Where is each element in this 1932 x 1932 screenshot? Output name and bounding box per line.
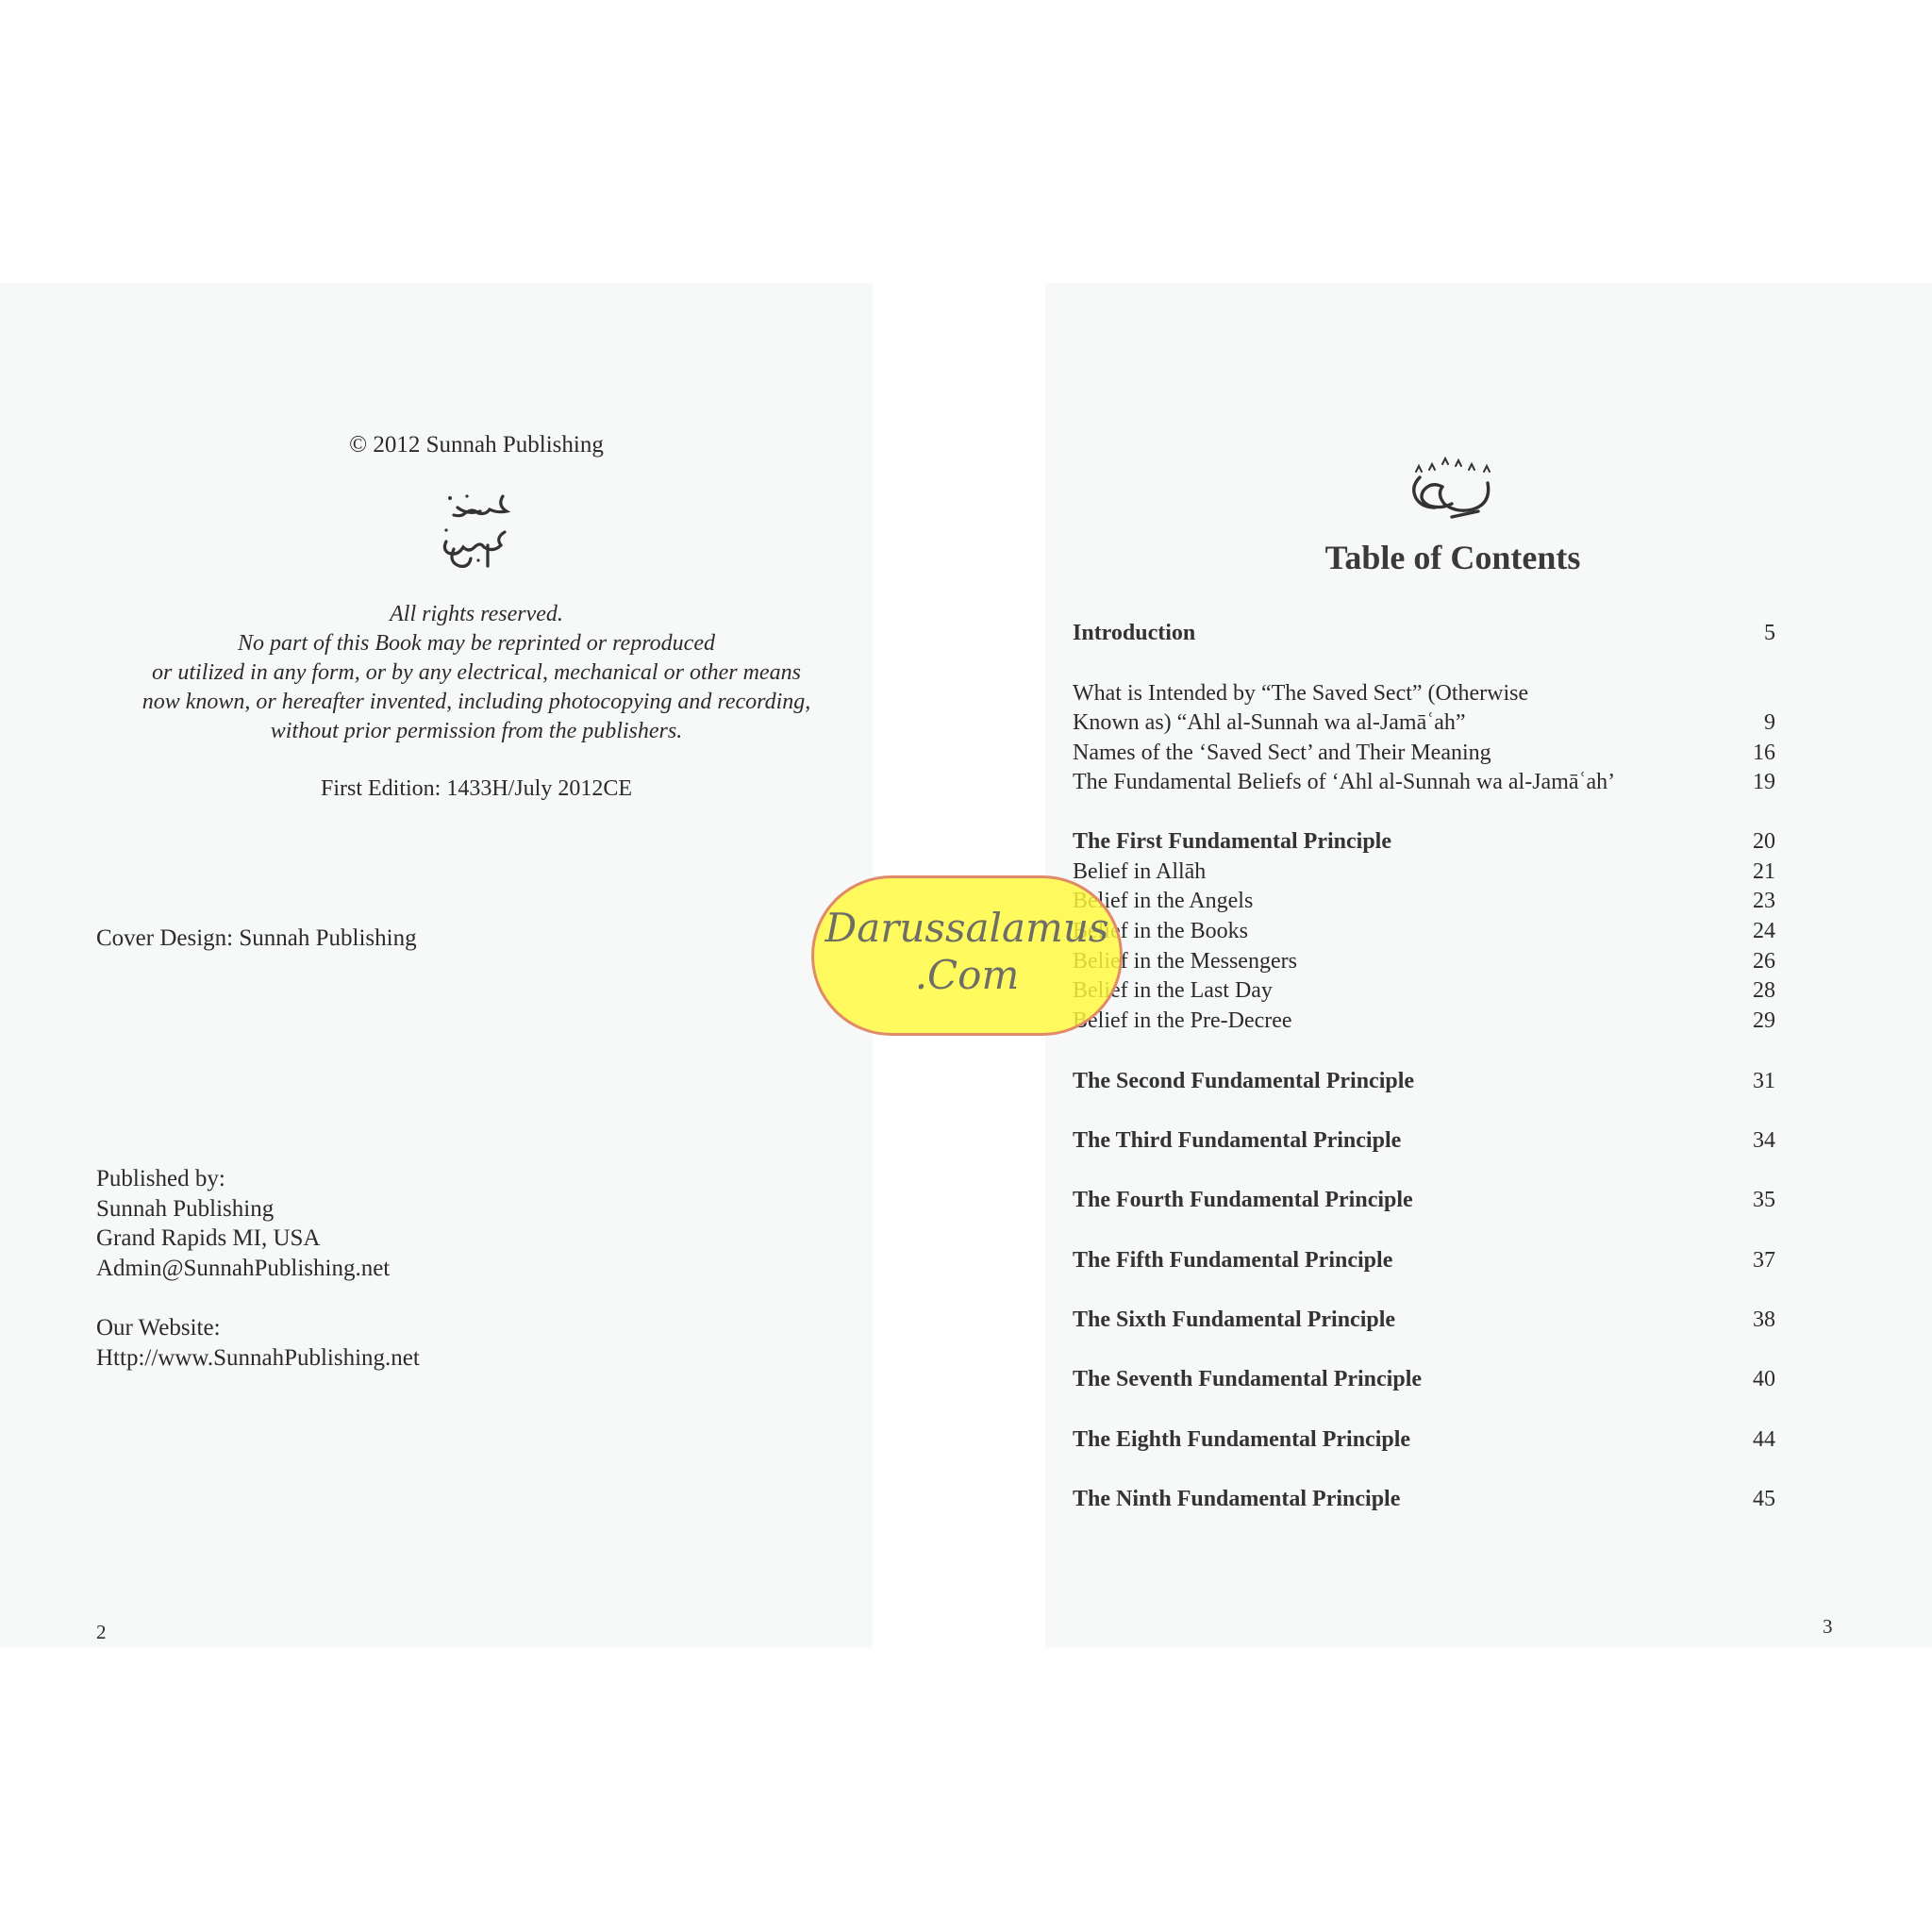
toc-row: What is Intended by “The Saved Sect” (Ot…	[1073, 681, 1775, 707]
rights-reserved-notice: All rights reserved. No part of this Boo…	[0, 600, 953, 746]
toc-entry-title: Known as) “Ahl al-Sunnah wa al-Jamāʿah”	[1073, 710, 1466, 736]
toc-heading-row: Introduction5	[1073, 621, 1775, 646]
toc-row: Names of the ‘Saved Sect’ and Their Mean…	[1073, 741, 1775, 766]
toc-entry-title: The First Fundamental Principle	[1073, 829, 1391, 855]
toc-entry-page: 28	[1753, 978, 1775, 1004]
toc-row: Belief in the Books24	[1073, 919, 1775, 944]
toc-entry-title: The Ninth Fundamental Principle	[1073, 1487, 1400, 1512]
toc-entry-page: 16	[1753, 741, 1775, 766]
toc-entry-page: 23	[1753, 889, 1775, 914]
copyright-line: © 2012 Sunnah Publishing	[0, 432, 953, 458]
toc-entry-page: 19	[1753, 770, 1775, 795]
toc-row: Belief in the Last Day28	[1073, 978, 1775, 1004]
toc-row: Belief in the Pre-Decree29	[1073, 1008, 1775, 1034]
rights-line: without prior permission from the publis…	[0, 717, 953, 746]
website-info: Our Website: Http://www.SunnahPublishing…	[96, 1313, 420, 1373]
watermark-line-2: .Com	[814, 954, 1120, 997]
toc-entry-title: Names of the ‘Saved Sect’ and Their Mean…	[1073, 741, 1491, 766]
toc-entry-page: 24	[1753, 919, 1775, 944]
toc-entry-title: The Fifth Fundamental Principle	[1073, 1248, 1392, 1274]
toc-row: Belief in the Messengers26	[1073, 949, 1775, 974]
toc-heading-row: The Third Fundamental Principle34	[1073, 1128, 1775, 1154]
toc-entry-page: 34	[1753, 1128, 1775, 1154]
publisher-email: Admin@SunnahPublishing.net	[96, 1254, 390, 1284]
toc-heading-row: The Second Fundamental Principle31	[1073, 1069, 1775, 1094]
toc-entry-title: The Sixth Fundamental Principle	[1073, 1307, 1395, 1333]
toc-entry-title: The Fourth Fundamental Principle	[1073, 1188, 1413, 1213]
edition-line: First Edition: 1433H/July 2012CE	[0, 776, 953, 802]
rights-line: now known, or hereafter invented, includ…	[0, 688, 953, 717]
toc-entry-page: 5	[1764, 621, 1775, 646]
toc-entry-page: 45	[1753, 1487, 1775, 1512]
toc-entry-page: 44	[1753, 1427, 1775, 1453]
toc-entry-page: 9	[1764, 710, 1775, 736]
toc-title: Table of Contents	[1226, 538, 1679, 577]
arabic-calligraphy-icon	[429, 489, 524, 575]
page-number-left: 2	[96, 1621, 107, 1644]
cover-design-credit: Cover Design: Sunnah Publishing	[96, 925, 417, 952]
toc-entry-page: 29	[1753, 1008, 1775, 1034]
toc-entry-title: The Seventh Fundamental Principle	[1073, 1367, 1422, 1392]
toc-entry-title: The Second Fundamental Principle	[1073, 1069, 1414, 1094]
watermark-badge: Darussalamus .Com	[811, 875, 1123, 1036]
toc-entry-title: The Third Fundamental Principle	[1073, 1128, 1401, 1154]
toc-entry-page: 35	[1753, 1188, 1775, 1213]
toc-heading-row: The Fourth Fundamental Principle35	[1073, 1188, 1775, 1213]
toc-entry-page: 21	[1753, 859, 1775, 885]
toc-heading-row: The First Fundamental Principle20	[1073, 829, 1775, 855]
toc-heading-row: The Fifth Fundamental Principle37	[1073, 1248, 1775, 1274]
toc-heading-row: The Sixth Fundamental Principle38	[1073, 1307, 1775, 1333]
toc-entry-page: 26	[1753, 949, 1775, 974]
toc-entry-title: What is Intended by “The Saved Sect” (Ot…	[1073, 681, 1528, 707]
rights-line: All rights reserved.	[0, 600, 953, 629]
toc-entry-page: 40	[1753, 1367, 1775, 1392]
toc-entry-title: Belief in Allāh	[1073, 859, 1206, 885]
rights-line: or utilized in any form, or by any elect…	[0, 658, 953, 688]
toc-row: Belief in the Angels23	[1073, 889, 1775, 914]
toc-row: Belief in Allāh21	[1073, 859, 1775, 885]
website-url: Http://www.SunnahPublishing.net	[96, 1343, 420, 1374]
toc-heading-row: The Ninth Fundamental Principle45	[1073, 1487, 1775, 1512]
toc-entry-title: Belief in the Pre-Decree	[1073, 1008, 1292, 1034]
website-label: Our Website:	[96, 1313, 420, 1343]
publisher-info: Published by: Sunnah Publishing Grand Ra…	[96, 1164, 390, 1283]
toc-row: The Fundamental Beliefs of ‘Ahl al-Sunna…	[1073, 770, 1775, 795]
toc-heading-row: The Seventh Fundamental Principle40	[1073, 1367, 1775, 1392]
toc-entry-title: The Eighth Fundamental Principle	[1073, 1427, 1410, 1453]
publisher-label: Published by:	[96, 1164, 390, 1194]
toc-row: Known as) “Ahl al-Sunnah wa al-Jamāʿah”9	[1073, 710, 1775, 736]
toc-entry-page: 31	[1753, 1069, 1775, 1094]
toc-entry-page: 38	[1753, 1307, 1775, 1333]
arabic-fihris-calligraphy-icon	[1401, 455, 1505, 523]
publisher-location: Grand Rapids MI, USA	[96, 1224, 390, 1254]
toc-heading-row: The Eighth Fundamental Principle44	[1073, 1427, 1775, 1453]
rights-line: No part of this Book may be reprinted or…	[0, 629, 953, 658]
toc-entry-title: Introduction	[1073, 621, 1195, 646]
page-number-right: 3	[1823, 1615, 1833, 1639]
watermark-line-1: Darussalamus	[814, 907, 1120, 950]
toc-entry-page: 37	[1753, 1248, 1775, 1274]
publisher-name: Sunnah Publishing	[96, 1194, 390, 1224]
toc-entry-page: 20	[1753, 829, 1775, 855]
toc-entry-title: The Fundamental Beliefs of ‘Ahl al-Sunna…	[1073, 770, 1615, 795]
